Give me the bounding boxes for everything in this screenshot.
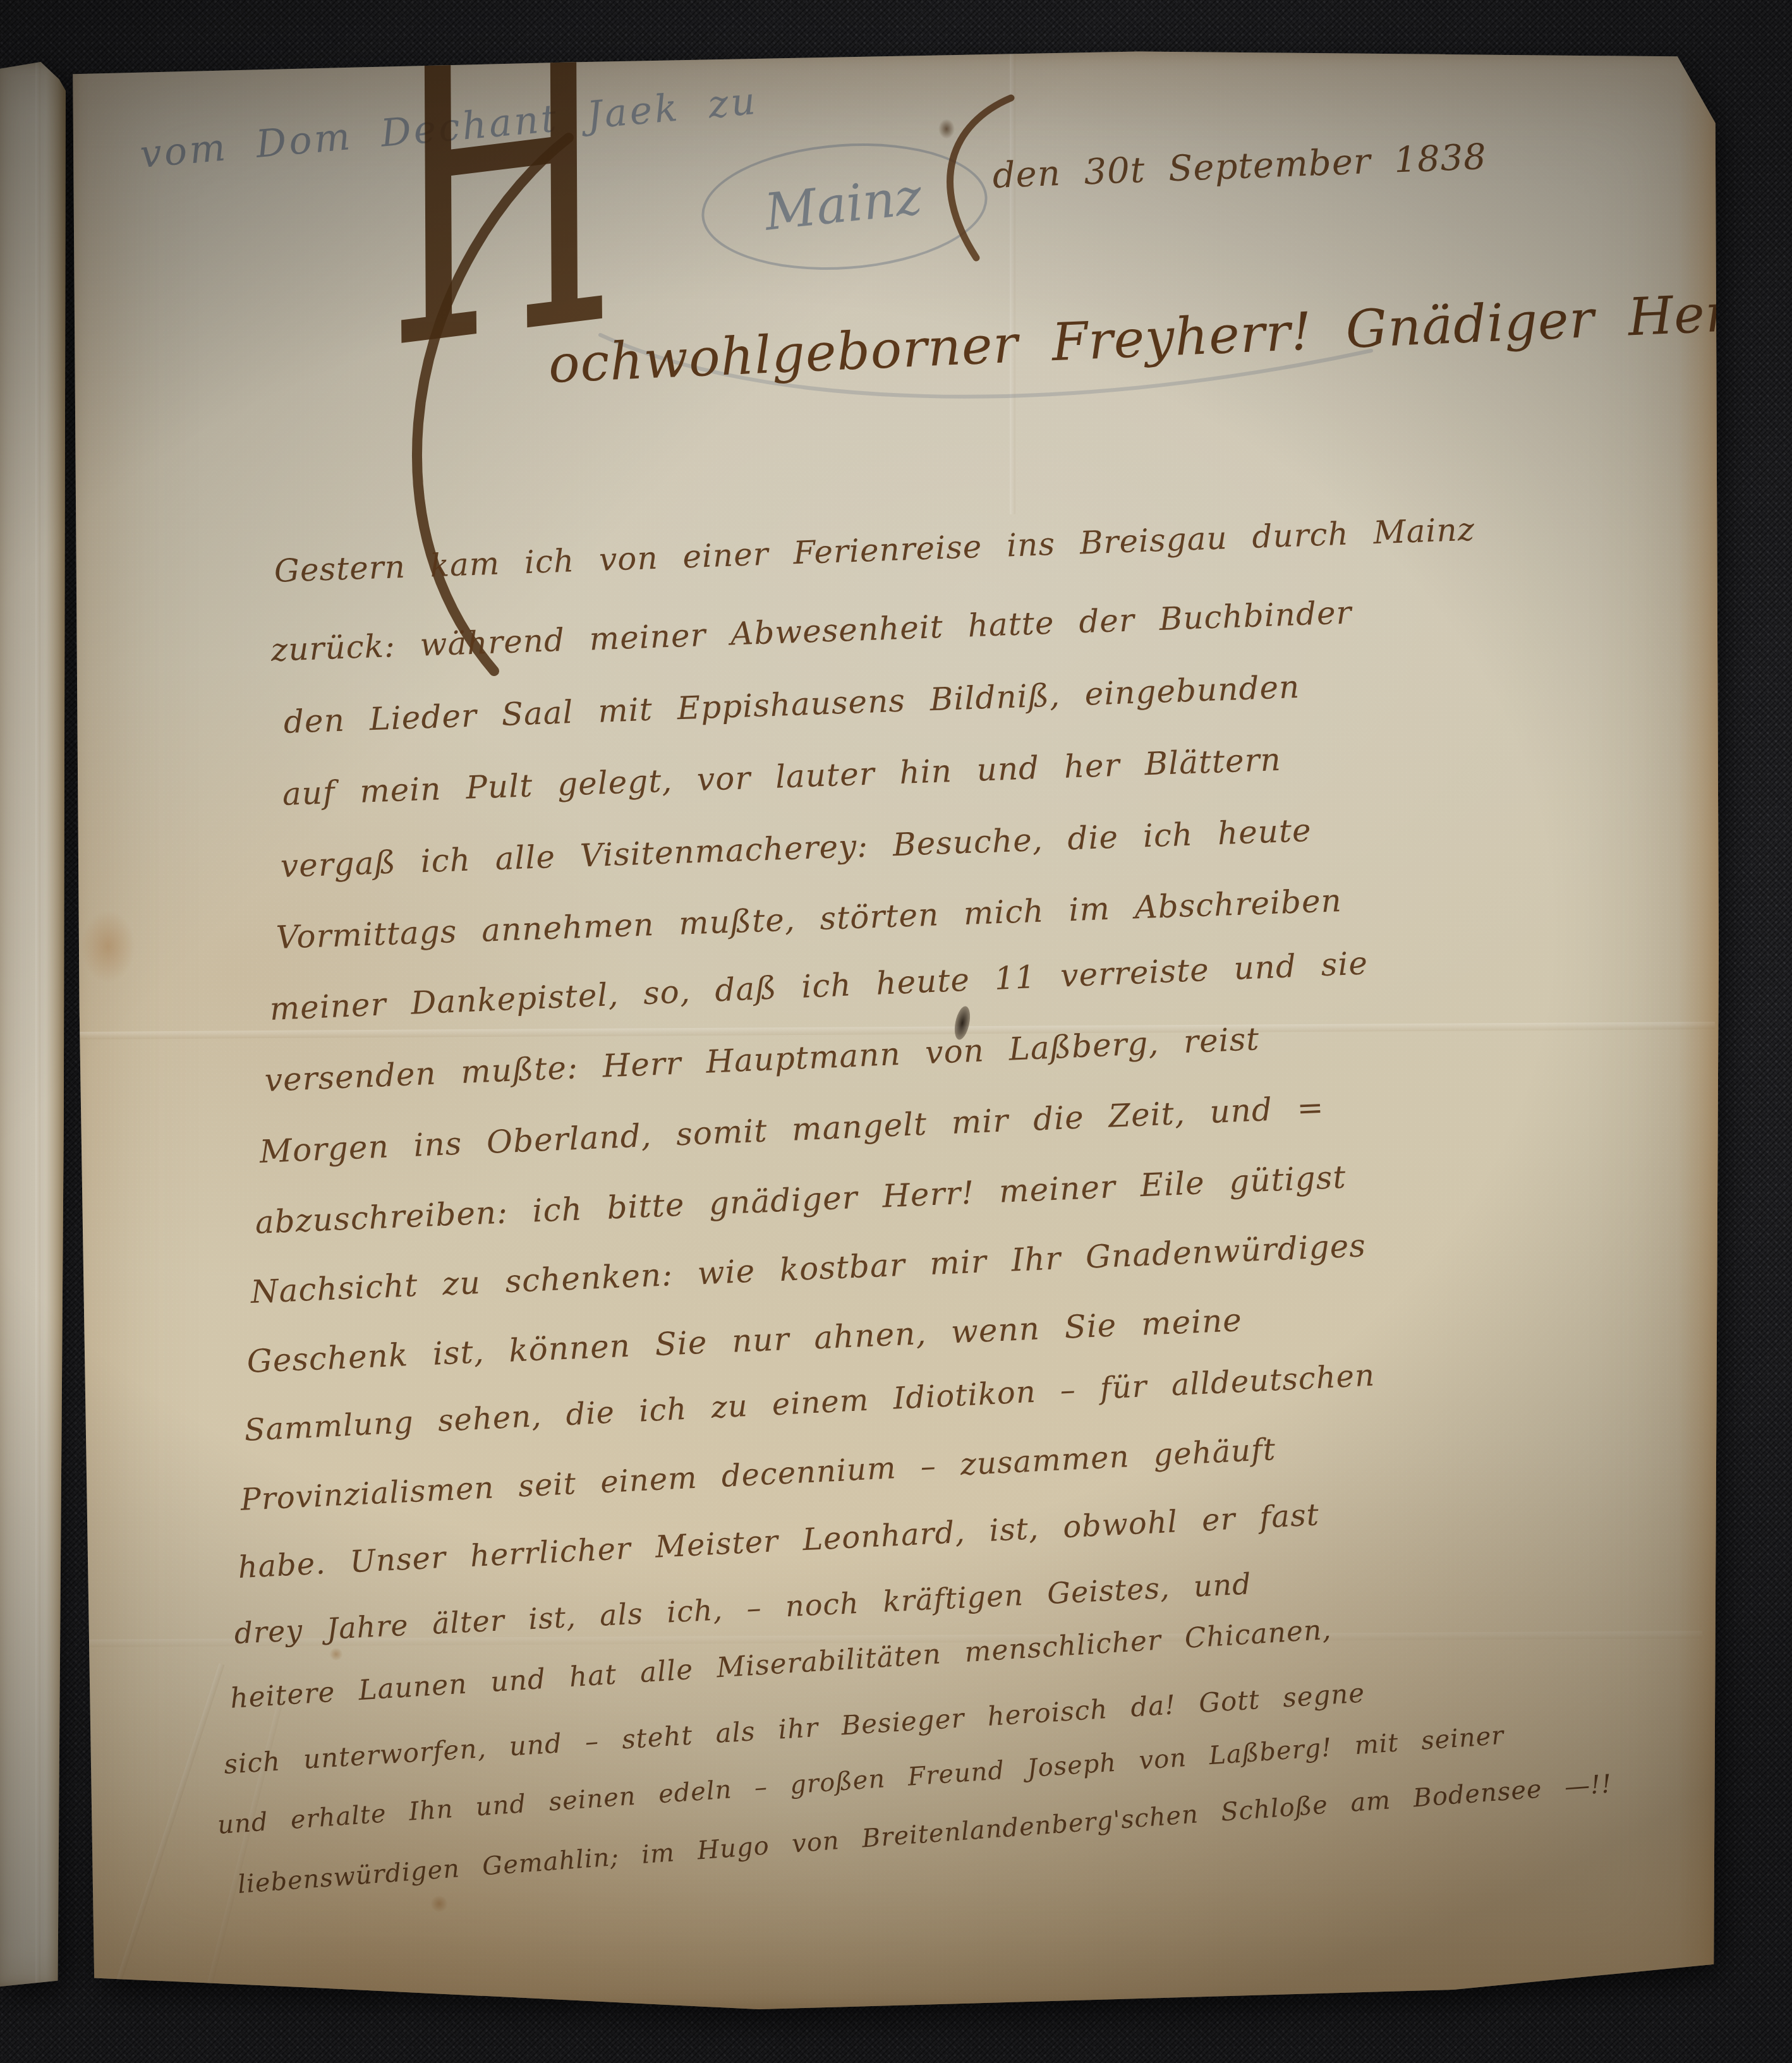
pencil-place-name: Mainz <box>762 167 924 242</box>
foxing-stain <box>330 1648 342 1661</box>
body-line: den Lieder Saal mit Eppishausens Bildniß… <box>283 669 1300 741</box>
wrinkle-line <box>202 1697 284 2005</box>
body-line: Geschenk ist, können Sie nur ahnen, wenn… <box>246 1302 1243 1380</box>
body-line: vergaß ich alle Visitenmacherey: Besuche… <box>280 812 1312 885</box>
ink-spot <box>938 119 955 139</box>
body-line: abzuschreiben: ich bitte gnädiger Herr! … <box>255 1159 1347 1241</box>
date-line: den 30t September 1838 <box>992 136 1488 197</box>
letter-page: vom Dom Dechant Jaek zu Mainz den 30t Se… <box>70 51 1719 2009</box>
body-line: Vormittags annehmen mußte, störten mich … <box>275 882 1343 956</box>
foxing-stain <box>431 1896 447 1912</box>
body-line: Morgen ins Oberland, somit mangelt mir d… <box>259 1089 1325 1170</box>
body-line: Gestern kam ich von einer Ferienreise in… <box>274 511 1475 590</box>
left-page-strip <box>0 62 66 1987</box>
strip-fold-crease <box>35 62 40 1987</box>
manuscript-scan: vom Dom Dechant Jaek zu Mainz den 30t Se… <box>0 0 1792 2063</box>
salutation-line: ochwohlgeborner Freyherr! Gnädiger Herr! <box>547 281 1779 395</box>
body-line: meiner Dankepistel, so, daß ich heute 11… <box>269 945 1369 1027</box>
paper-sheets: vom Dom Dechant Jaek zu Mainz den 30t Se… <box>0 0 1792 2063</box>
body-line: auf mein Pult gelegt, vor lauter hin und… <box>282 741 1282 813</box>
wrinkle-line <box>110 1663 225 2001</box>
foxing-stain <box>81 910 135 983</box>
body-line: zurück: während meiner Abwesenheit hatte… <box>270 594 1352 669</box>
vertical-crease <box>1010 53 1015 514</box>
body-line: Nachsicht zu schenken: wie kostbar mir I… <box>250 1227 1367 1310</box>
body-line: Provinzialismen seit einem decennium – z… <box>239 1432 1276 1518</box>
pencil-oval: Mainz <box>698 134 992 279</box>
